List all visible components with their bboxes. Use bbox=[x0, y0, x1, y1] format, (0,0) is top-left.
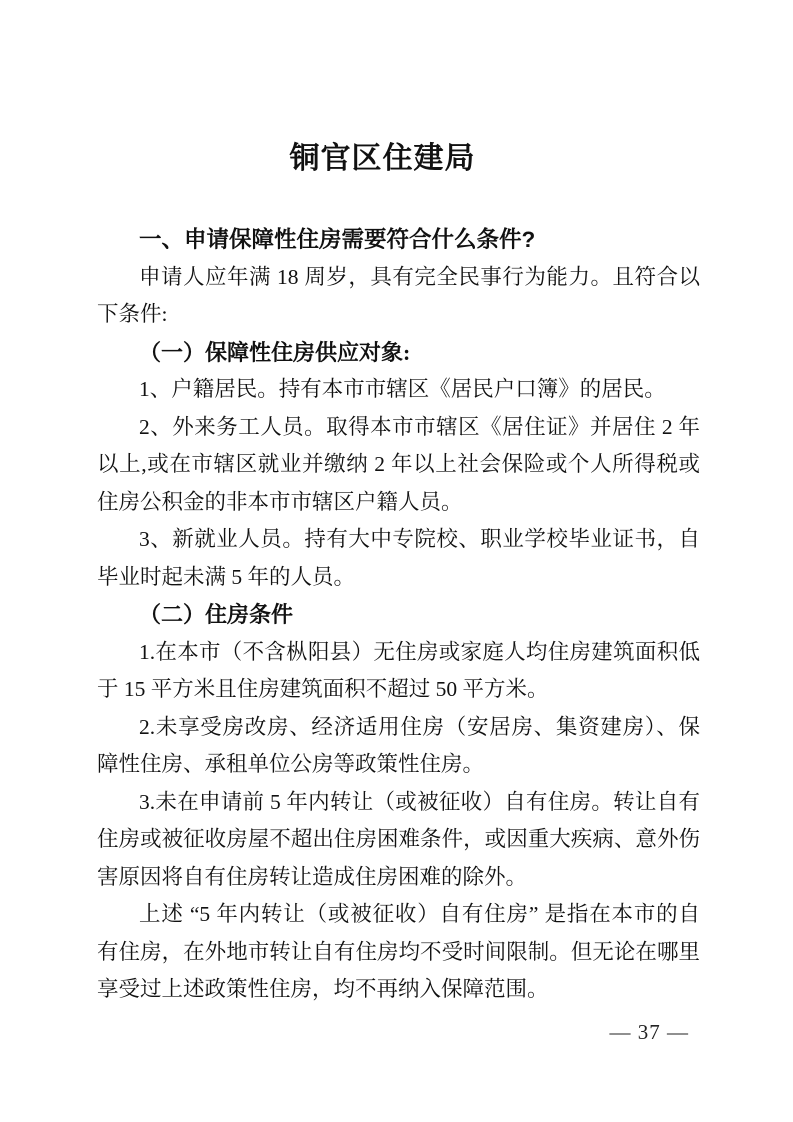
document-title: 铜官区住建局 bbox=[81, 140, 684, 178]
text-line: 毕业时起未满 5 年的人员。 bbox=[97, 559, 700, 597]
text-line: 障性住房、承租单位公房等政策性住房。 bbox=[97, 746, 700, 784]
text-line: （二）住房条件 bbox=[97, 596, 700, 634]
text-line: （一）保障性住房供应对象: bbox=[97, 334, 700, 372]
paragraph: 1、户籍居民。持有本市市辖区《居民户口簿》的居民。 bbox=[97, 371, 700, 409]
text-line: 1.在本市（不含枞阳县）无住房或家庭人均住房建筑面积低 bbox=[97, 634, 700, 672]
document-page: 铜官区住建局 一、申请保障性住房需要符合什么条件?申请人应年满 18 周岁，具有… bbox=[0, 0, 793, 1122]
text-line: 住房或被征收房屋不超出住房困难条件，或因重大疾病、意外伤 bbox=[97, 821, 700, 859]
paragraph: 3.未在申请前 5 年内转让（或被征收）自有住房。转让自有住房或被征收房屋不超出… bbox=[97, 784, 700, 897]
text-line: 3.未在申请前 5 年内转让（或被征收）自有住房。转让自有 bbox=[97, 784, 700, 822]
text-line: 2、外来务工人员。取得本市市辖区《居住证》并居住 2 年 bbox=[97, 409, 700, 447]
page-number: — 37 — bbox=[610, 1020, 690, 1044]
text-line: 申请人应年满 18 周岁，具有完全民事行为能力。且符合以 bbox=[97, 259, 700, 297]
section-heading: 一、申请保障性住房需要符合什么条件? bbox=[97, 221, 700, 259]
text-line: 上述 “5 年内转让（或被征收）自有住房” 是指在本市的自 bbox=[97, 896, 700, 934]
paragraph: 1.在本市（不含枞阳县）无住房或家庭人均住房建筑面积低于 15 平方米且住房建筑… bbox=[97, 634, 700, 709]
section-subheading: （一）保障性住房供应对象: bbox=[97, 334, 700, 372]
text-line: 住房公积金的非本市市辖区户籍人员。 bbox=[97, 484, 700, 522]
text-line: 有住房，在外地市转让自有住房均不受时间限制。但无论在哪里 bbox=[97, 934, 700, 972]
text-line: 害原因将自有住房转让造成住房困难的除外。 bbox=[97, 859, 700, 897]
text-line: 以上,或在市辖区就业并缴纳 2 年以上社会保险或个人所得税或 bbox=[97, 446, 700, 484]
document-body: 一、申请保障性住房需要符合什么条件?申请人应年满 18 周岁，具有完全民事行为能… bbox=[97, 221, 700, 1009]
section-subheading: （二）住房条件 bbox=[97, 596, 700, 634]
text-line: 享受过上述政策性住房，均不再纳入保障范围。 bbox=[97, 971, 700, 1009]
text-line: 2.未享受房改房、经济适用住房（安居房、集资建房）、保 bbox=[97, 709, 700, 747]
paragraph: 上述 “5 年内转让（或被征收）自有住房” 是指在本市的自有住房，在外地市转让自… bbox=[97, 896, 700, 1009]
text-line: 下条件: bbox=[97, 296, 700, 334]
text-line: 1、户籍居民。持有本市市辖区《居民户口簿》的居民。 bbox=[97, 371, 700, 409]
paragraph: 3、新就业人员。持有大中专院校、职业学校毕业证书，自毕业时起未满 5 年的人员。 bbox=[97, 521, 700, 596]
text-line: 于 15 平方米且住房建筑面积不超过 50 平方米。 bbox=[97, 671, 700, 709]
text-line: 3、新就业人员。持有大中专院校、职业学校毕业证书，自 bbox=[97, 521, 700, 559]
paragraph: 申请人应年满 18 周岁，具有完全民事行为能力。且符合以下条件: bbox=[97, 259, 700, 334]
text-line: 一、申请保障性住房需要符合什么条件? bbox=[97, 221, 700, 259]
paragraph: 2.未享受房改房、经济适用住房（安居房、集资建房）、保障性住房、承租单位公房等政… bbox=[97, 709, 700, 784]
paragraph: 2、外来务工人员。取得本市市辖区《居住证》并居住 2 年以上,或在市辖区就业并缴… bbox=[97, 409, 700, 522]
